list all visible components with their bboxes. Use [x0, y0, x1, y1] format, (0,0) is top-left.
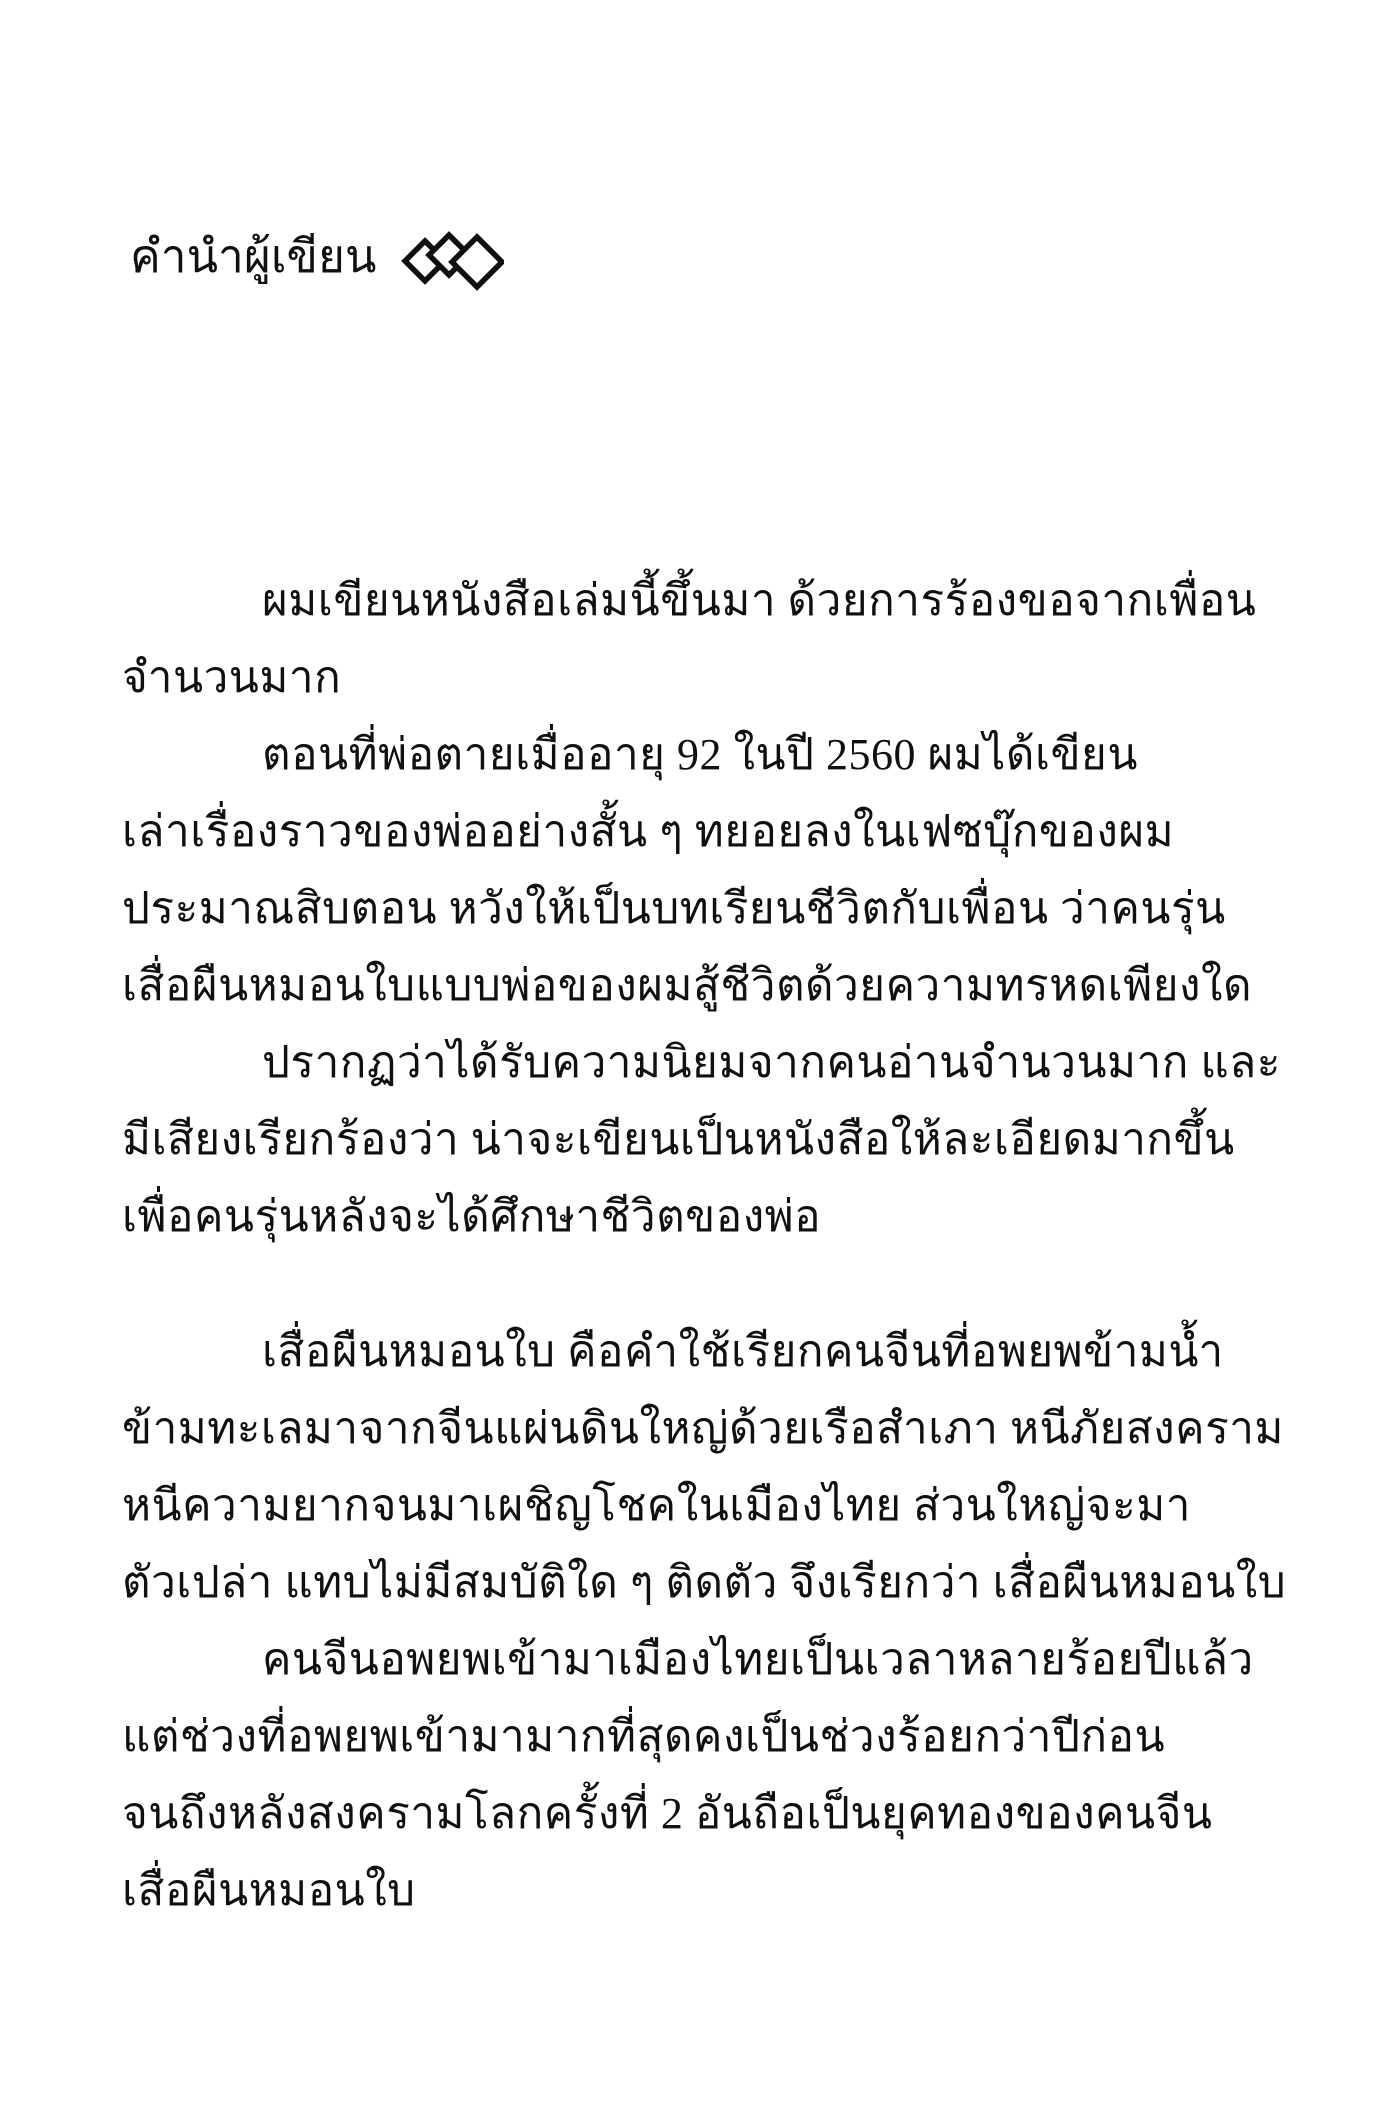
body-line: เสื่อผืนหมอนใบ — [122, 1852, 1214, 1929]
body-line: เสื่อผืนหมอนใบ คือคำใช้เรียกคนจีนที่อพยพ… — [122, 1313, 1214, 1390]
body-line: แต่ช่วงที่อพยพเข้ามามากที่สุดคงเป็นช่วงร… — [122, 1698, 1214, 1775]
body-line: เพื่อคนรุ่นหลังจะได้ศึกษาชีวิตของพ่อ — [122, 1178, 1214, 1255]
body-line: เล่าเรื่องราวของพ่ออย่างสั้น ๆ ทยอยลงในเ… — [122, 793, 1214, 870]
body-line: เสื่อผืนหมอนใบแบบพ่อของผมสู้ชีวิตด้วยควา… — [122, 947, 1214, 1024]
page-header: คำนำผู้เขียน — [130, 218, 504, 296]
body-line: ผมเขียนหนังสือเล่มนี้ขึ้นมา ด้วยการร้องข… — [122, 562, 1214, 639]
body-line: ปรากฏว่าได้รับความนิยมจากคนอ่านจำนวนมาก … — [122, 1024, 1214, 1101]
body-line: ตอนที่พ่อตายเมื่ออายุ 92 ในปี 2560 ผมได้… — [122, 716, 1214, 793]
body-line: คนจีนอพยพเข้ามาเมืองไทยเป็นเวลาหลายร้อยป… — [122, 1621, 1214, 1698]
book-page: คำนำผู้เขียน ผมเขียนหนังสือเล่มนี้ขึ้นมา… — [0, 0, 1400, 2122]
page-title: คำนำผู้เขียน — [130, 221, 376, 293]
three-diamonds-icon — [398, 218, 504, 296]
body-line: ข้ามทะเลมาจากจีนแผ่นดินใหญ่ด้วยเรือสำเภา… — [122, 1390, 1214, 1467]
body-line: มีเสียงเรียกร้องว่า น่าจะเขียนเป็นหนังสื… — [122, 1101, 1214, 1178]
body-line: จำนวนมาก — [122, 639, 1214, 716]
body-line: หนีความยากจนมาเผชิญโชคในเมืองไทย ส่วนใหญ… — [122, 1467, 1214, 1544]
body-line: ประมาณสิบตอน หวังให้เป็นบทเรียนชีวิตกับเ… — [122, 870, 1214, 947]
body-line: จนถึงหลังสงครามโลกครั้งที่ 2 อันถือเป็นย… — [122, 1775, 1214, 1852]
section-gap — [122, 1255, 1214, 1313]
body-line: ตัวเปล่า แทบไม่มีสมบัติใด ๆ ติดตัว จึงเร… — [122, 1544, 1214, 1621]
body-text: ผมเขียนหนังสือเล่มนี้ขึ้นมา ด้วยการร้องข… — [122, 562, 1214, 1929]
